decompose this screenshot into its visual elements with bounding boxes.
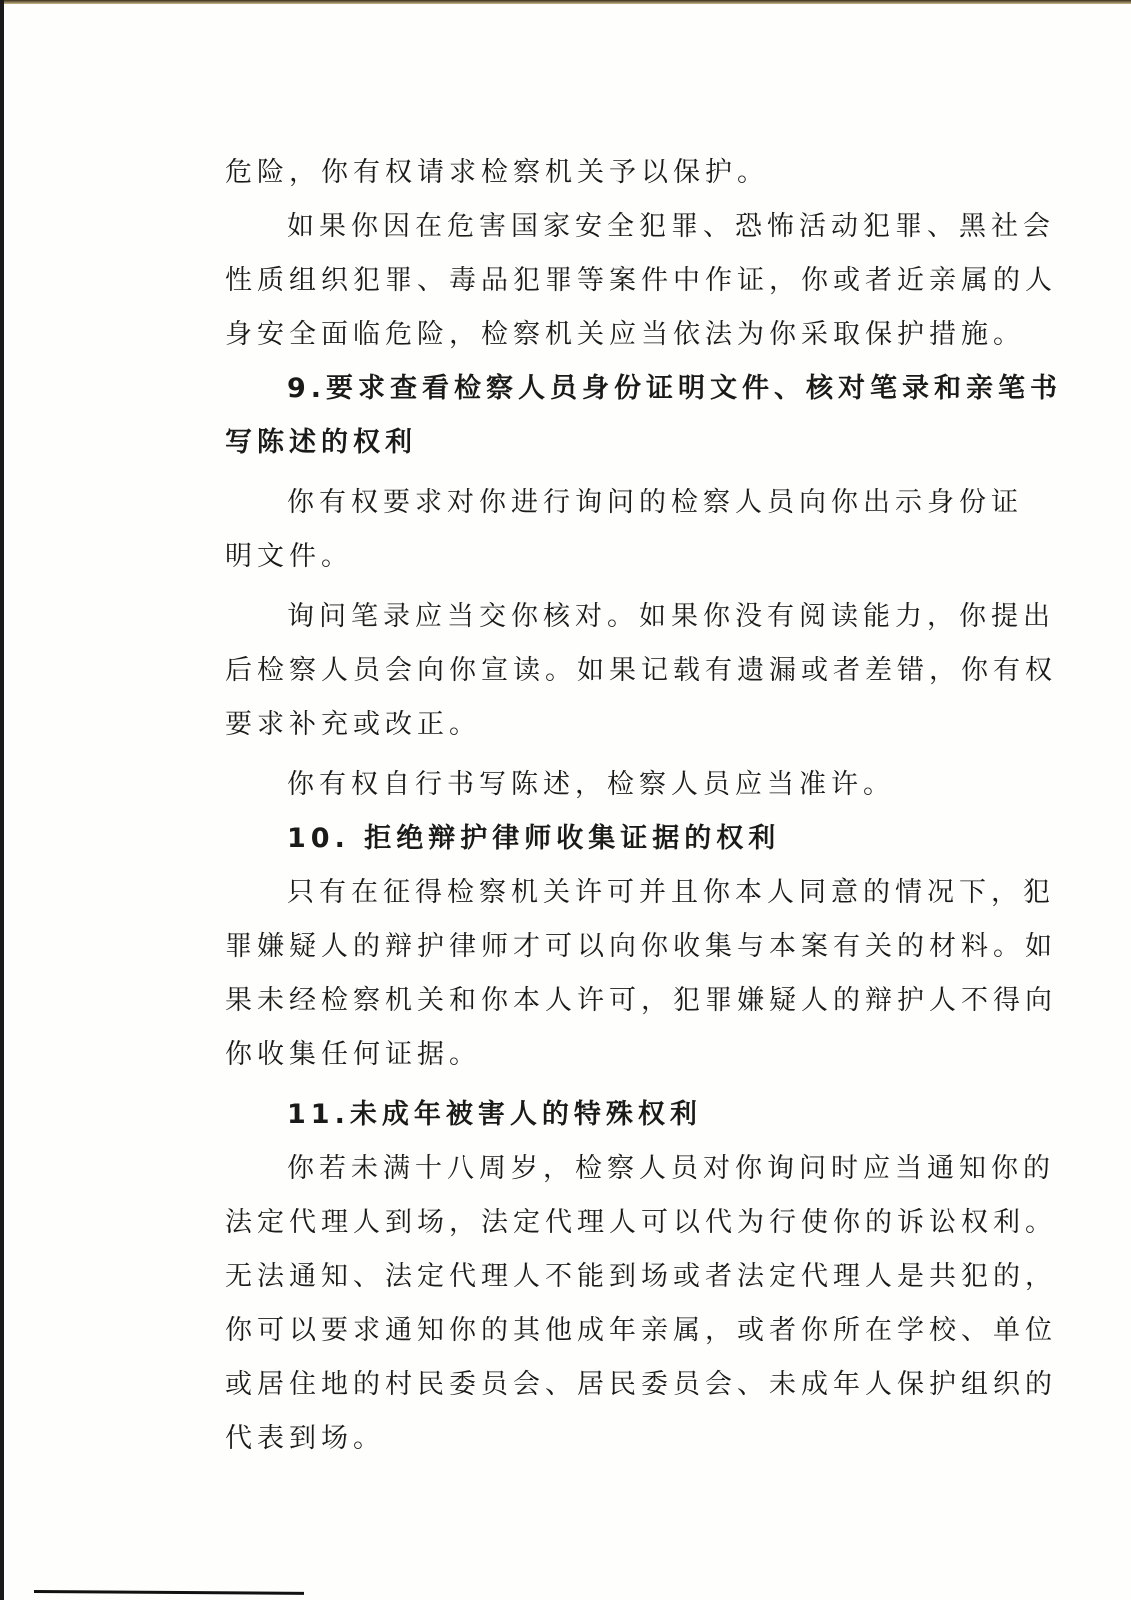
text-line: 无法通知、法定代理人不能到场或者法定代理人是共犯的， bbox=[225, 1250, 1025, 1304]
heading-line: 11.未成年被害人的特殊权利 bbox=[225, 1088, 1025, 1142]
heading-line: 写陈述的权利 bbox=[225, 416, 1025, 470]
section-heading-10: 10. 拒绝辩护律师收集证据的权利 bbox=[225, 812, 1025, 866]
text-line: 法定代理人到场，法定代理人可以代为行使你的诉讼权利。 bbox=[225, 1196, 1025, 1250]
text-line: 后检察人员会向你宣读。如果记载有遗漏或者差错，你有权 bbox=[225, 644, 1025, 698]
text-line: 你收集任何证据。 bbox=[225, 1028, 1025, 1082]
scan-left-edge bbox=[0, 0, 4, 1600]
section-heading-9: 9.要求查看检察人员身份证明文件、核对笔录和亲笔书 写陈述的权利 bbox=[225, 362, 1025, 470]
text-line: 果未经检察机关和你本人许可，犯罪嫌疑人的辩护人不得向 bbox=[225, 974, 1025, 1028]
text-line: 询问笔录应当交你核对。如果你没有阅读能力，你提出 bbox=[225, 590, 1025, 644]
text-line: 你可以要求通知你的其他成年亲属，或者你所在学校、单位 bbox=[225, 1304, 1025, 1358]
paragraph: 如果你因在危害国家安全犯罪、恐怖活动犯罪、黑社会 性质组织犯罪、毒品犯罪等案件中… bbox=[225, 200, 1025, 362]
paragraph: 你有权自行书写陈述，检察人员应当准许。 bbox=[225, 758, 1025, 812]
text-line: 要求补充或改正。 bbox=[225, 698, 1025, 752]
paragraph: 你有权要求对你进行询问的检察人员向你出示身份证 明文件。 bbox=[225, 476, 1025, 584]
text-line: 你若未满十八周岁，检察人员对你询问时应当通知你的 bbox=[225, 1142, 1025, 1196]
paragraph: 你若未满十八周岁，检察人员对你询问时应当通知你的 法定代理人到场，法定代理人可以… bbox=[225, 1142, 1025, 1466]
text-line: 明文件。 bbox=[225, 530, 1025, 584]
text-line: 你有权要求对你进行询问的检察人员向你出示身份证 bbox=[225, 476, 1025, 530]
text-line: 危险，你有权请求检察机关予以保护。 bbox=[225, 146, 1025, 200]
document-body: 危险，你有权请求检察机关予以保护。 如果你因在危害国家安全犯罪、恐怖活动犯罪、黑… bbox=[225, 146, 1025, 1466]
text-line: 如果你因在危害国家安全犯罪、恐怖活动犯罪、黑社会 bbox=[225, 200, 1025, 254]
heading-line: 9.要求查看检察人员身份证明文件、核对笔录和亲笔书 bbox=[225, 362, 1025, 416]
scan-bottom-mark bbox=[34, 1590, 304, 1595]
heading-line: 10. 拒绝辩护律师收集证据的权利 bbox=[225, 812, 1025, 866]
paragraph: 询问笔录应当交你核对。如果你没有阅读能力，你提出 后检察人员会向你宣读。如果记载… bbox=[225, 590, 1025, 752]
paragraph: 只有在征得检察机关许可并且你本人同意的情况下，犯 罪嫌疑人的辩护律师才可以向你收… bbox=[225, 866, 1025, 1082]
text-line: 你有权自行书写陈述，检察人员应当准许。 bbox=[225, 758, 1025, 812]
text-line: 罪嫌疑人的辩护律师才可以向你收集与本案有关的材料。如 bbox=[225, 920, 1025, 974]
text-line: 性质组织犯罪、毒品犯罪等案件中作证，你或者近亲属的人 bbox=[225, 254, 1025, 308]
text-line: 只有在征得检察机关许可并且你本人同意的情况下，犯 bbox=[225, 866, 1025, 920]
paragraph: 危险，你有权请求检察机关予以保护。 bbox=[225, 146, 1025, 200]
scan-top-edge bbox=[0, 0, 1131, 4]
section-heading-11: 11.未成年被害人的特殊权利 bbox=[225, 1088, 1025, 1142]
text-line: 或居住地的村民委员会、居民委员会、未成年人保护组织的 bbox=[225, 1358, 1025, 1412]
text-line: 身安全面临危险，检察机关应当依法为你采取保护措施。 bbox=[225, 308, 1025, 362]
scanned-page: 危险，你有权请求检察机关予以保护。 如果你因在危害国家安全犯罪、恐怖活动犯罪、黑… bbox=[0, 0, 1131, 1600]
text-line: 代表到场。 bbox=[225, 1412, 1025, 1466]
